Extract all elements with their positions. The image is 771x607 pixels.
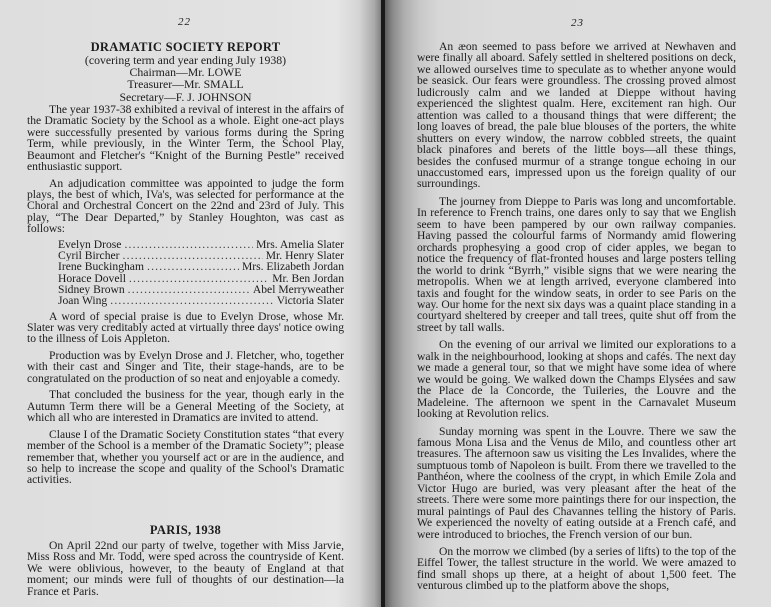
paragraph: An adjudication committee was appointed … — [27, 178, 344, 235]
officer-treasurer: Treasurer—Mr. SMALL — [27, 78, 344, 90]
cast-actor: Sidney Brown — [58, 284, 125, 295]
paragraph: Production was by Evelyn Drose and J. Fl… — [27, 350, 344, 384]
dot-leader — [110, 295, 274, 306]
cast-actor: Cyril Bircher — [58, 250, 120, 261]
paragraph: Clause I of the Dramatic Society Constit… — [27, 429, 344, 486]
cast-role: Abel Merryweather — [253, 284, 344, 295]
dot-leader — [124, 239, 253, 250]
paragraph: A word of special praise is due to Evely… — [27, 311, 344, 345]
cast-list: Evelyn Drose Mrs. Amelia Slater Cyril Bi… — [27, 239, 344, 307]
paragraph: The journey from Dieppe to Paris was lon… — [417, 196, 736, 333]
cast-actor: Evelyn Drose — [58, 239, 121, 250]
paragraph: On the evening of our arrival we limited… — [417, 339, 736, 419]
paragraph: On April 22nd our party of twelve, toget… — [27, 540, 344, 597]
cast-row: Horace Dovell Mr. Ben Jordan — [58, 273, 344, 284]
cast-role: Mr. Ben Jordan — [272, 273, 344, 284]
left-page: 22 DRAMATIC SOCIETY REPORT (covering ter… — [0, 0, 382, 607]
right-page-text: An æon seemed to pass before we arrived … — [417, 41, 736, 592]
cast-actor: Horace Dovell — [58, 273, 126, 284]
left-page-text: DRAMATIC SOCIETY REPORT (covering term a… — [27, 41, 344, 597]
cast-role: Victoria Slater — [277, 295, 344, 306]
cast-actor: Joan Wing — [58, 295, 107, 306]
paragraph: The year 1937-38 exhibited a revival of … — [27, 104, 344, 173]
dot-leader — [147, 261, 239, 272]
cast-role: Mrs. Amelia Slater — [256, 239, 344, 250]
book-spread: 22 DRAMATIC SOCIETY REPORT (covering ter… — [0, 0, 771, 607]
paragraph: Sunday morning was spent in the Louvre. … — [417, 426, 736, 541]
officer-secretary: Secretary—F. J. JOHNSON — [27, 91, 344, 103]
dot-leader — [129, 273, 269, 284]
cast-row: Sidney Brown Abel Merryweather — [58, 284, 344, 295]
cast-row: Evelyn Drose Mrs. Amelia Slater — [58, 239, 344, 250]
dot-leader — [123, 250, 263, 261]
paragraph: An æon seemed to pass before we arrived … — [417, 41, 736, 190]
paragraph: On the morrow we climbed (by a series of… — [417, 546, 736, 592]
cast-role: Mr. Henry Slater — [266, 250, 344, 261]
cast-actor: Irene Buckingham — [58, 261, 144, 272]
page-number-right: 23 — [571, 17, 584, 29]
cast-row: Joan Wing Victoria Slater — [58, 295, 344, 306]
cast-row: Irene Buckingham Mrs. Elizabeth Jordan — [58, 261, 344, 272]
cast-row: Cyril Bircher Mr. Henry Slater — [58, 250, 344, 261]
page-number-left: 22 — [178, 16, 191, 28]
cast-role: Mrs. Elizabeth Jordan — [242, 261, 344, 272]
paragraph: That concluded the business for the year… — [27, 389, 344, 423]
paris-title: PARIS, 1938 — [27, 524, 344, 537]
dot-leader — [128, 284, 250, 295]
